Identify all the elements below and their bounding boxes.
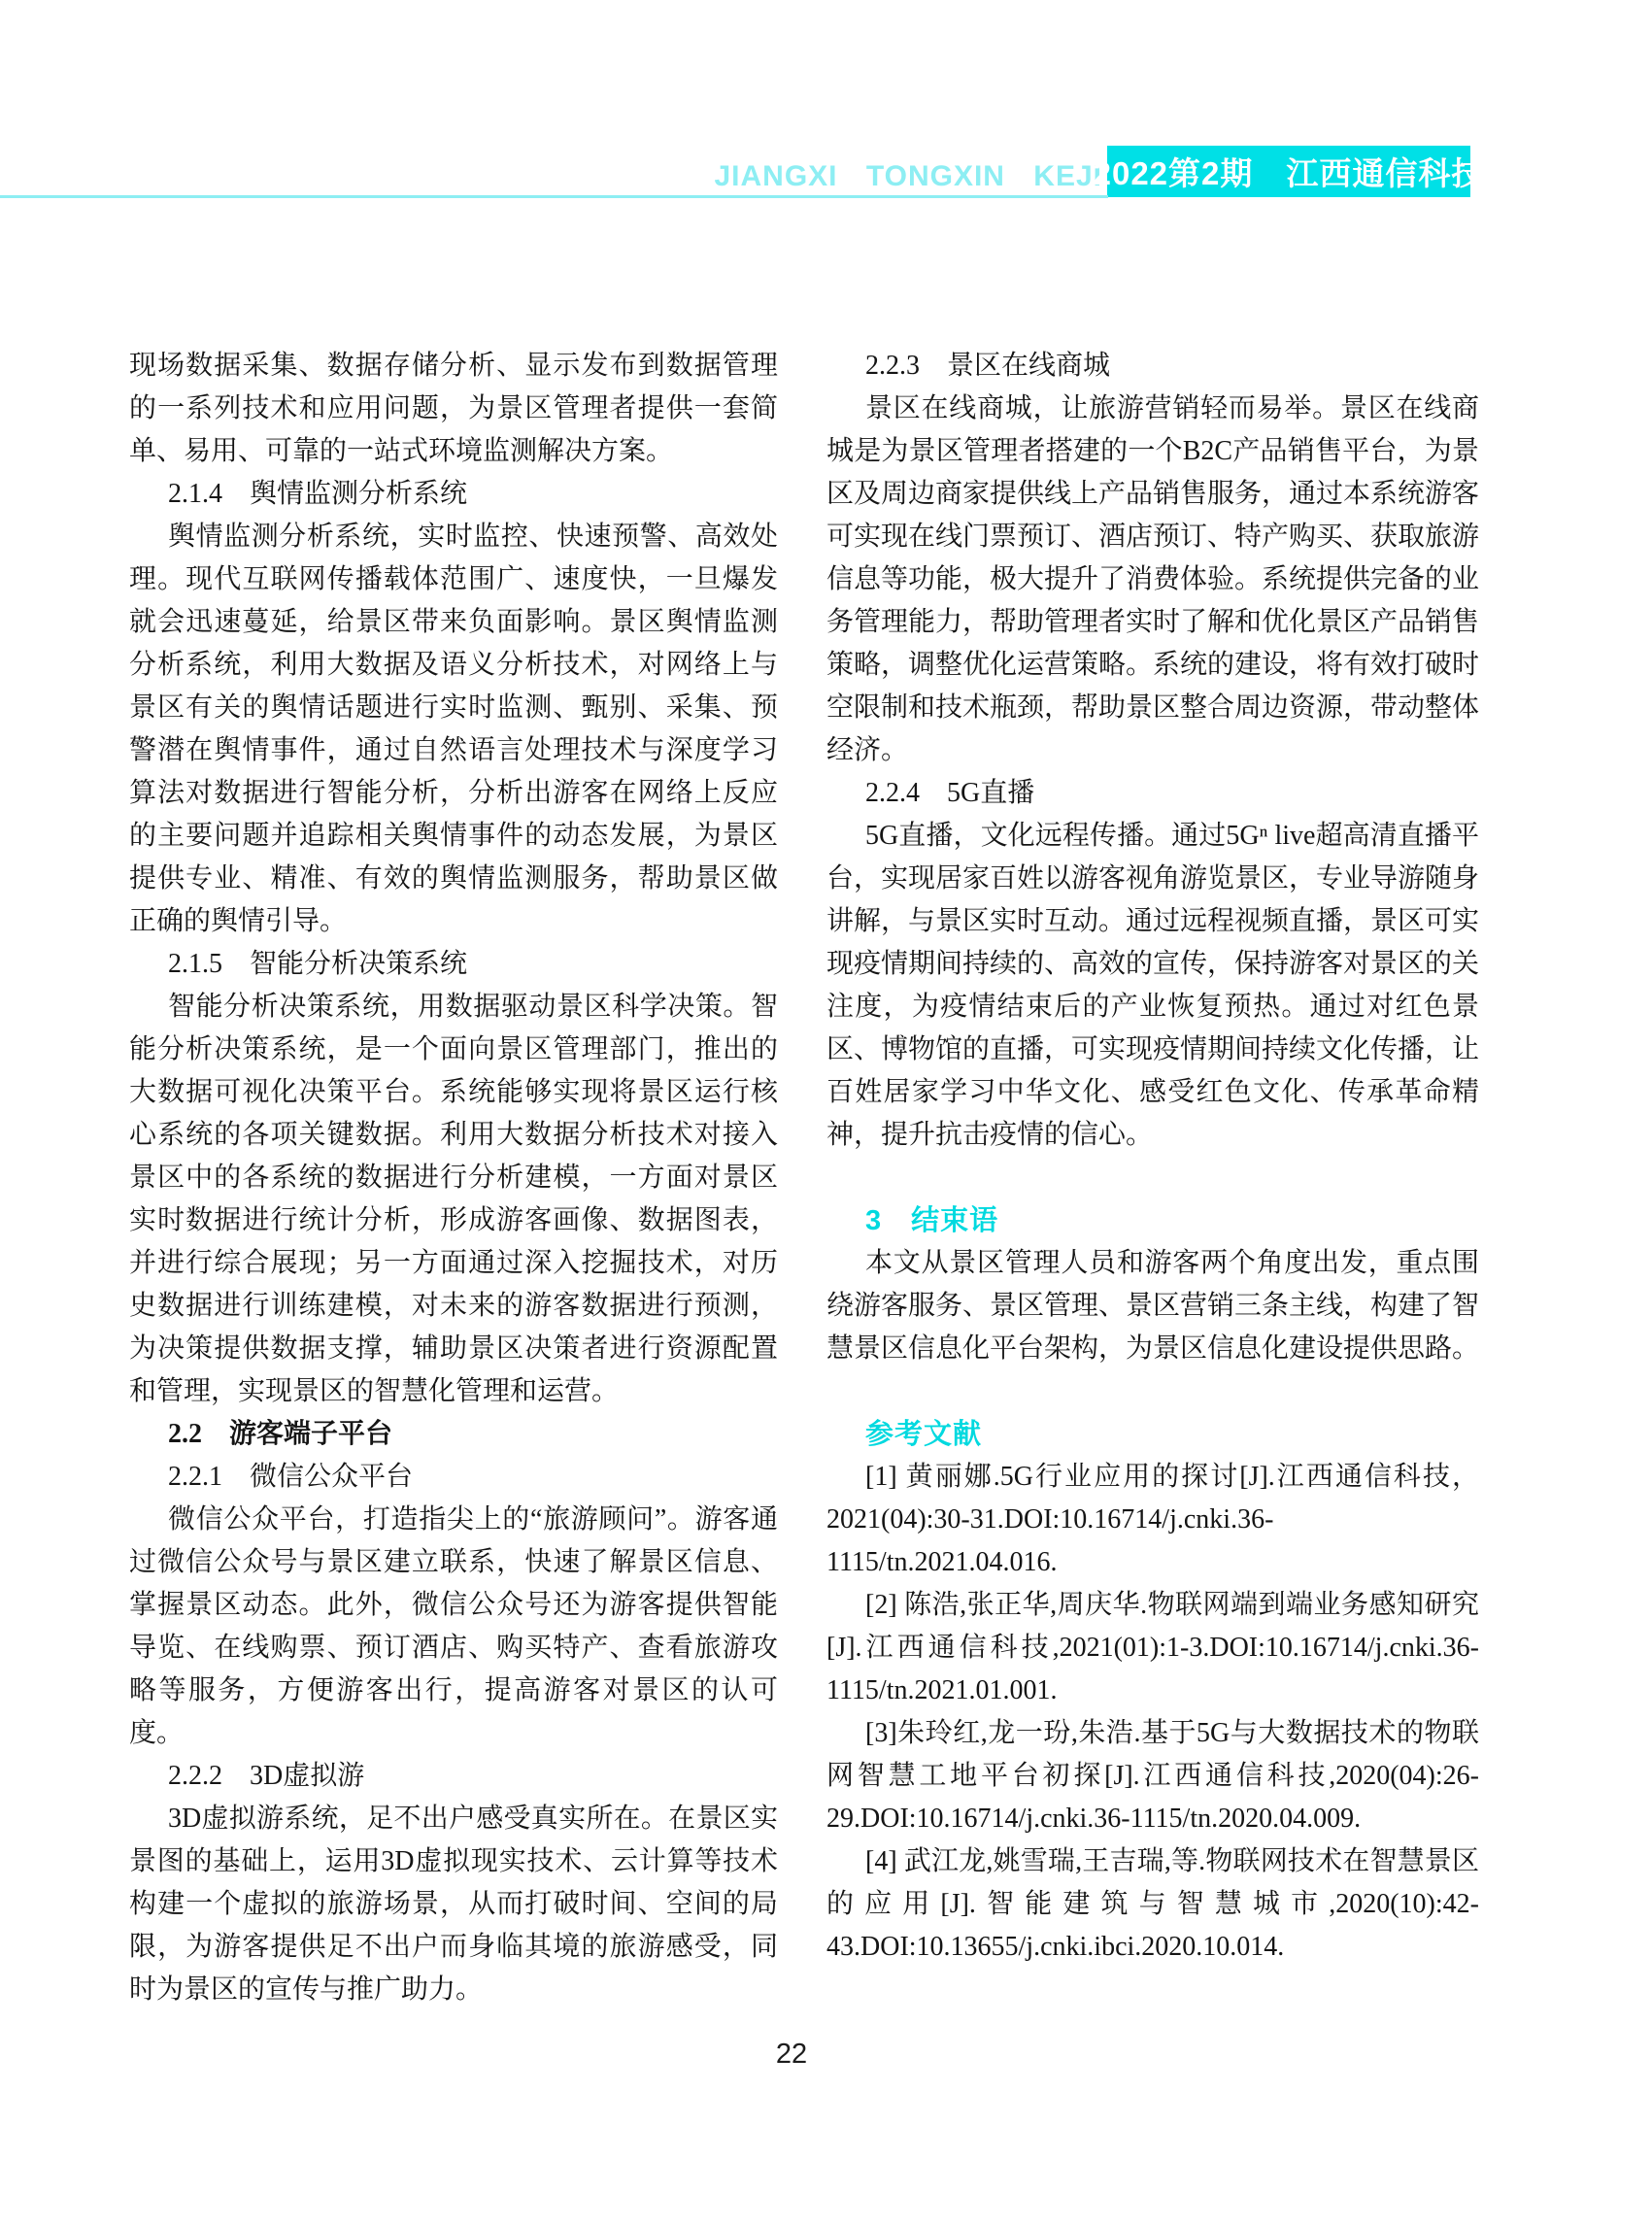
journal-name-pinyin: JIANGXI TONGXIN KEJI [714, 161, 1102, 192]
section-heading-conclusion: 3 结束语 [826, 1199, 1479, 1242]
paragraph: 景区在线商城，让旅游营销轻而易举。景区在线商城是为景区管理者搭建的一个B2C产品… [826, 388, 1479, 772]
paragraph-continuation: 现场数据采集、数据存储分析、显示发布到数据管理的一系列技术和应用问题，为景区管理… [129, 345, 778, 473]
header-rule-divider [0, 195, 1108, 198]
right-column: 2.2.3 景区在线商城 景区在线商城，让旅游营销轻而易举。景区在线商城是为景区… [826, 345, 1479, 1969]
paragraph: 5G直播，文化远程传播。通过5Gⁿ live超高清直播平台，实现居家百姓以游客视… [826, 815, 1479, 1157]
section-heading-2-1-5: 2.1.5 智能分析决策系统 [129, 943, 778, 986]
section-heading-2-2-3: 2.2.3 景区在线商城 [826, 345, 1479, 388]
paragraph: 微信公众平台，打造指尖上的“旅游顾问”。游客通过微信公众号与景区建立联系，快速了… [129, 1499, 778, 1755]
paragraph: 本文从景区管理人员和游客两个角度出发，重点围绕游客服务、景区管理、景区营销三条主… [826, 1242, 1479, 1370]
page-number: 22 [743, 2038, 840, 2071]
journal-page: { "header": { "journal_pinyin": "JIANGXI… [0, 0, 1652, 2226]
section-heading-2-2-2: 2.2.2 3D虚拟游 [129, 1755, 778, 1798]
reference-item-1: [1] 黄丽娜.5G行业应用的探讨[J].江西通信科技，2021(04):30-… [826, 1456, 1479, 1584]
reference-item-4: [4] 武江龙,姚雪瑞,王吉瑞,等.物联网技术在智慧景区的应用[J].智能建筑与… [826, 1840, 1479, 1969]
paragraph: 智能分析决策系统，用数据驱动景区科学决策。智能分析决策系统，是一个面向景区管理部… [129, 986, 778, 1413]
left-column: 现场数据采集、数据存储分析、显示发布到数据管理的一系列技术和应用问题，为景区管理… [129, 345, 778, 2011]
section-heading-2-1-4: 2.1.4 舆情监测分析系统 [129, 473, 778, 516]
paragraph: 舆情监测分析系统，实时监控、快速预警、高效处理。现代互联网传播载体范围广、速度快… [129, 516, 778, 943]
reference-item-3: [3]朱玲红,龙一玢,朱浩.基于5G与大数据技术的物联网智慧工地平台初探[J].… [826, 1712, 1479, 1840]
section-heading-2-2-1: 2.2.1 微信公众平台 [129, 1456, 778, 1499]
reference-item-2: [2] 陈浩,张正华,周庆华.物联网端到端业务感知研究[J].江西通信科技,20… [826, 1584, 1479, 1712]
section-heading-2-2: 2.2 游客端子平台 [129, 1413, 778, 1456]
paragraph: 3D虚拟游系统，足不出户感受真实所在。在景区实景图的基础上，运用3D虚拟现实技术… [129, 1798, 778, 2011]
issue-badge: 2022第2期 江西通信科技 [1107, 146, 1470, 197]
section-heading-2-2-4: 2.2.4 5G直播 [826, 772, 1479, 815]
section-heading-references: 参考文献 [826, 1413, 1479, 1456]
